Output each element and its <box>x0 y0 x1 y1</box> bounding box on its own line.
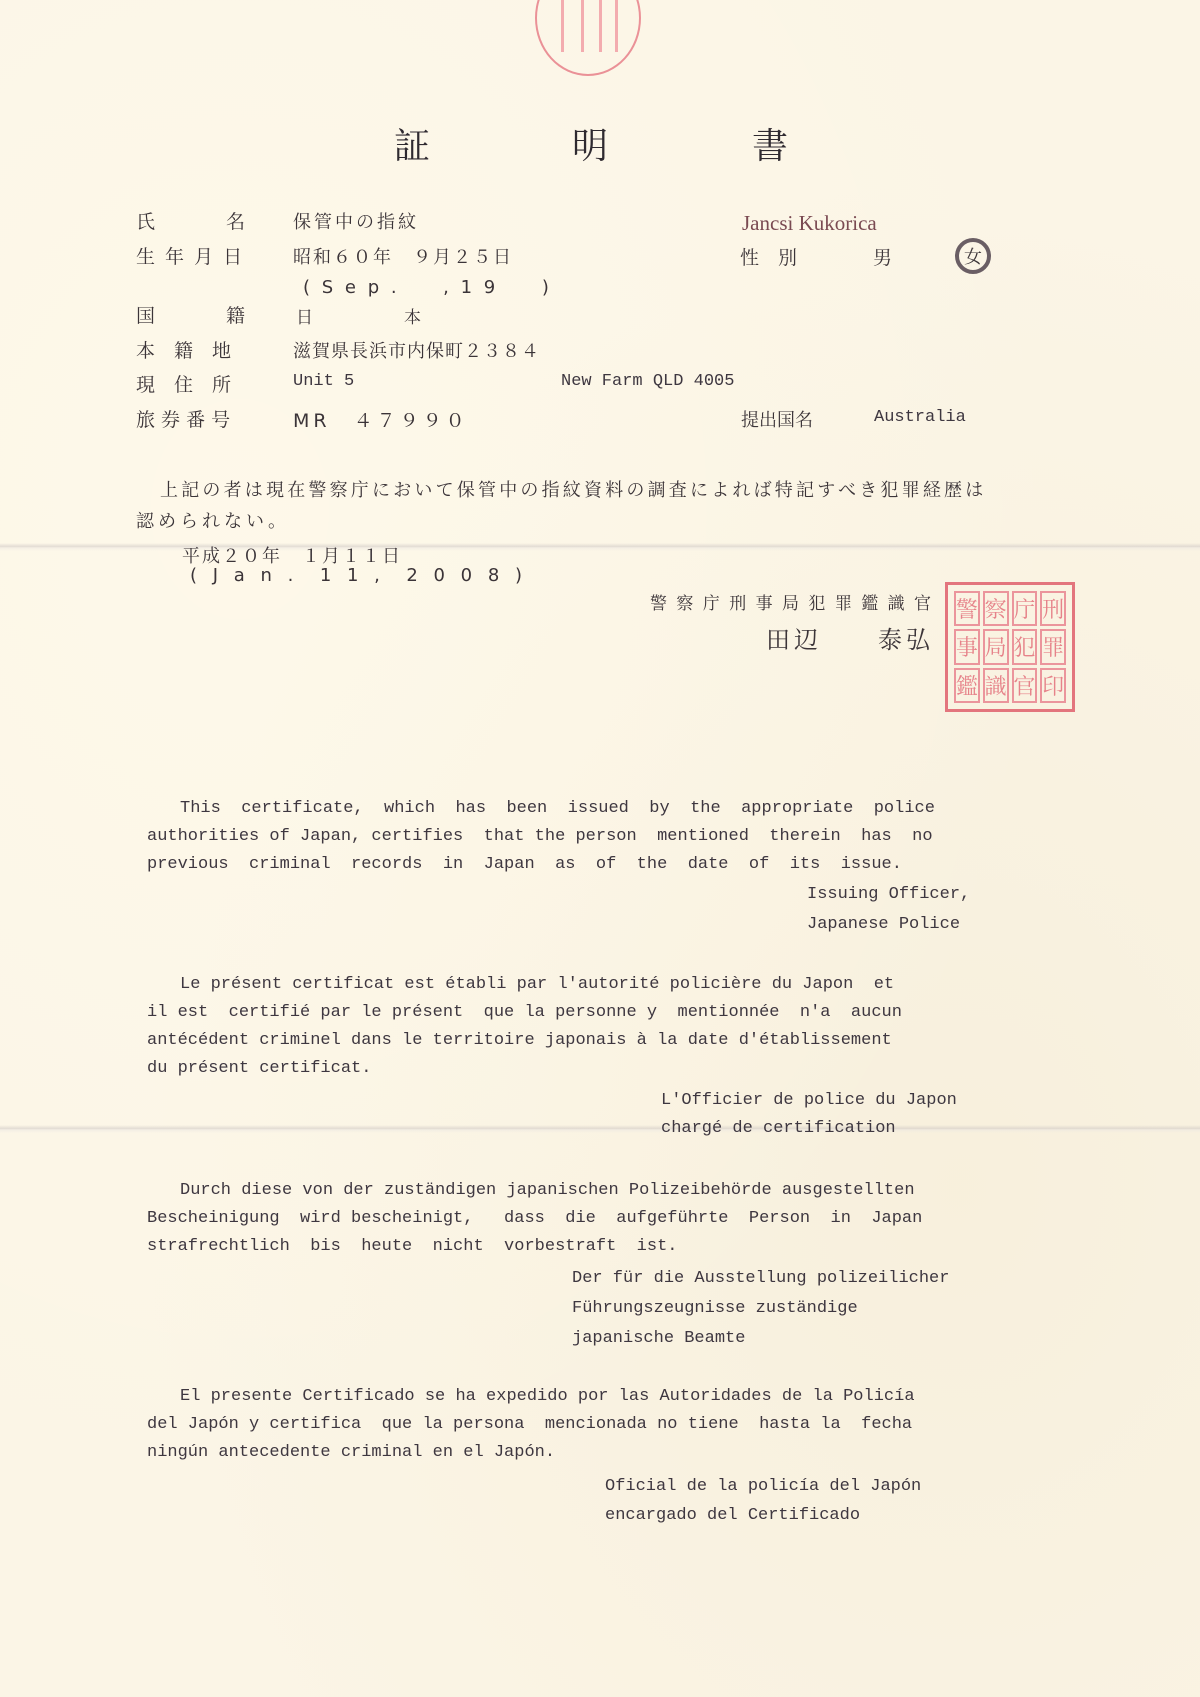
seal-char: 鑑 <box>954 668 980 703</box>
seal-char: 庁 <box>1012 591 1038 626</box>
statement-jp-line2: 認められない。 <box>136 507 290 533</box>
seal-char: 刑 <box>1040 591 1066 626</box>
seal-char: 官 <box>1012 668 1038 703</box>
submit-country-value: Australia <box>874 408 966 427</box>
nationality-label-2: 籍 <box>226 301 245 328</box>
passport-value: MR ４７９９０ <box>293 406 469 433</box>
translation-en-line2: authorities of Japan, certifies that the… <box>147 823 933 851</box>
translation-de-line3: strafrechtlich bis heute nicht vorbestra… <box>147 1233 678 1261</box>
address-value-line2: New Farm QLD 4005 <box>561 372 734 391</box>
translation-es-line2: del Japón y certifica que la persona men… <box>147 1411 912 1439</box>
seal-char: 罪 <box>1040 629 1066 664</box>
translation-de-line2: Bescheinigung wird bescheinigt, dass die… <box>147 1205 922 1233</box>
seal-char: 事 <box>954 629 980 664</box>
sex-male-option: 男 <box>873 243 892 270</box>
name-label-1: 氏 <box>136 207 155 234</box>
address-label: 現 住 所 <box>136 370 231 397</box>
name-label-2: 名 <box>226 207 245 234</box>
title-char-1: 証 <box>394 118 430 169</box>
translation-fr-line2: il est certifié par le présent que la pe… <box>147 999 902 1027</box>
nationality-value-2: 本 <box>404 303 421 328</box>
statement-jp-line1: 上記の者は現在警察庁において保管中の指紋資料の調査によれば特記すべき犯罪経歴は <box>160 476 986 502</box>
translation-de-line1: Durch diese von der zuständigen japanisc… <box>180 1177 915 1205</box>
translation-en-line1: This certificate, which has been issued … <box>180 795 935 823</box>
top-seal-stamp <box>535 0 641 76</box>
official-seal-stamp: 警 察 庁 刑 事 局 犯 罪 鑑 識 官 印 <box>945 582 1075 712</box>
nationality-value-1: 日 <box>296 303 313 328</box>
issuer-name: 田辺 泰弘 <box>766 620 934 655</box>
issue-date-en: ( J a n . 1 1 , 2 0 0 8 ) <box>190 565 527 586</box>
translation-es-line3: ningún antecedente criminal en el Japón. <box>147 1439 555 1467</box>
translation-fr-line1: Le présent certificat est établi par l'a… <box>180 971 894 999</box>
seal-char: 犯 <box>1012 629 1038 664</box>
domicile-label: 本 籍 地 <box>136 336 231 363</box>
translation-fr-signature-2: chargé de certification <box>661 1115 896 1143</box>
title-char-2: 明 <box>572 118 608 169</box>
title-char-3: 書 <box>752 118 788 169</box>
translation-es-signature-1: Oficial de la policía del Japón <box>605 1473 921 1501</box>
translation-es-line1: El presente Certificado se ha expedido p… <box>180 1383 915 1411</box>
submit-country-label: 提出国名 <box>741 406 813 432</box>
sex-female-circled: 女 <box>955 238 991 274</box>
birth-label: 生 年 月 日 <box>136 242 244 269</box>
domicile-value: 滋賀県長浜市内保町２３８４ <box>293 337 540 363</box>
translation-en-signature-2: Japanese Police <box>807 911 960 939</box>
translation-fr-line4: du présent certificat. <box>147 1055 371 1083</box>
sex-label: 性 別 <box>740 243 797 270</box>
translation-fr-signature-1: L'Officier de police du Japon <box>661 1087 957 1115</box>
translation-en-signature-1: Issuing Officer, <box>807 881 970 909</box>
seal-char: 警 <box>954 591 980 626</box>
seal-char: 察 <box>983 591 1009 626</box>
name-english: Jancsi Kukorica <box>742 211 877 236</box>
birth-value: 昭和６０年 ９月２５日 <box>293 243 513 269</box>
issuer-title: 警 察 庁 刑 事 局 犯 罪 鑑 識 官 <box>650 589 933 614</box>
name-value: 保管中の指紋 <box>293 208 419 234</box>
seal-char: 局 <box>983 629 1009 664</box>
translation-en-line3: previous criminal records in Japan as of… <box>147 851 902 879</box>
passport-label: 旅 券 番 号 <box>136 405 230 432</box>
translation-fr-line3: antécédent criminel dans le territoire j… <box>147 1027 892 1055</box>
translation-es-signature-2: encargado del Certificado <box>605 1502 860 1530</box>
translation-de-signature-3: japanische Beamte <box>572 1325 745 1353</box>
paper-fold <box>0 543 1200 551</box>
address-value-line1: Unit 5 <box>293 372 354 391</box>
translation-de-signature-2: Führungszeugnisse zuständige <box>572 1295 858 1323</box>
paper-fold <box>0 1125 1200 1133</box>
birth-western: ( S e p . , 1 9 ) <box>303 277 552 298</box>
nationality-label-1: 国 <box>136 301 155 328</box>
seal-char: 印 <box>1040 668 1066 703</box>
seal-char: 識 <box>983 668 1009 703</box>
translation-de-signature-1: Der für die Ausstellung polizeilicher <box>572 1265 949 1293</box>
